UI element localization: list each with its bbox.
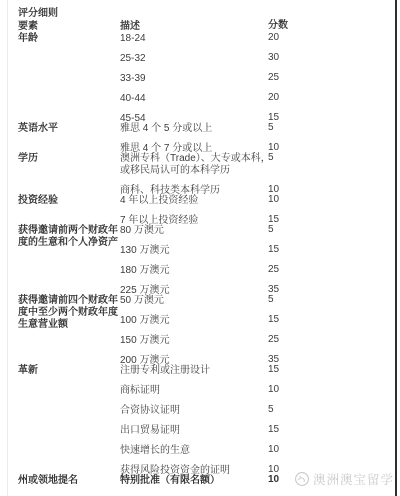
table-row: 快速增长的生意 10 (18, 445, 378, 457)
desc-cell: 18-24 (120, 33, 272, 45)
desc-cell: 100 万澳元 (120, 315, 272, 327)
score-cell: 15 (268, 424, 298, 436)
desc-cell: 注册专利或注册设计 (120, 365, 272, 377)
desc-cell: 特别批准（有限名额） (120, 475, 272, 487)
score-cell: 5 (268, 404, 298, 416)
desc-cell: 出口贸易证明 (120, 425, 272, 437)
table-body: 年龄 18-24 20 25-32 30 33-39 25 40-44 20 4… (18, 33, 378, 487)
table-row: 英语水平 雅思 4 个 5 分或以上 5 (18, 123, 378, 135)
desc-cell: 澳洲专科（Trade）、大专或本科，或移民局认可的本科学历 (120, 153, 272, 177)
factor-cell: 投资经验 (18, 195, 118, 207)
header-score-cell: 分数 (268, 19, 298, 32)
factor-cell: 学历 (18, 153, 118, 165)
table-row: 130 万澳元 15 (18, 245, 378, 257)
document: 评分细则 要素 描述 分数 年龄 18-24 20 25-32 30 33-39… (0, 0, 378, 487)
desc-cell: 合资协议证明 (120, 405, 272, 417)
score-cell: 5 (268, 224, 298, 236)
header-factor-cell: 要素 (18, 20, 118, 33)
table-row: 合资协议证明 5 (18, 405, 378, 417)
page-title: 评分细则 (18, 7, 378, 20)
table-row: 25-32 30 (18, 53, 378, 65)
table-row: 33-39 25 (18, 73, 378, 85)
table-header: 要素 描述 分数 (18, 20, 378, 33)
desc-cell: 33-39 (120, 73, 272, 85)
table-row: 150 万澳元 25 (18, 335, 378, 347)
desc-cell: 快速增长的生意 (120, 445, 272, 457)
table-row: 出口贸易证明 15 (18, 425, 378, 437)
factor-cell: 革新 (18, 365, 118, 377)
table-row: 180 万澳元 25 (18, 265, 378, 277)
desc-cell: 80 万澳元 (120, 225, 272, 237)
score-cell: 5 (268, 122, 298, 134)
score-cell: 15 (268, 364, 298, 376)
watermark: 澳洲澳宝留学 (294, 470, 394, 488)
right-edge-line (395, 0, 397, 496)
score-cell: 10 (268, 444, 298, 456)
score-cell: 10 (268, 194, 298, 206)
table-row: 商标证明 10 (18, 385, 378, 397)
desc-cell: 180 万澳元 (120, 265, 272, 277)
desc-cell: 150 万澳元 (120, 335, 272, 347)
table-row: 学历 澳洲专科（Trade）、大专或本科，或移民局认可的本科学历 5 (18, 153, 378, 177)
score-cell: 15 (268, 244, 298, 256)
table-row: 革新 注册专利或注册设计 15 (18, 365, 378, 377)
score-cell: 25 (268, 72, 298, 84)
desc-cell: 25-32 (120, 53, 272, 65)
factor-cell: 年龄 (18, 33, 118, 45)
score-cell: 20 (268, 32, 298, 44)
header-desc-cell: 描述 (120, 20, 272, 33)
watermark-text: 澳洲澳宝留学 (313, 470, 394, 488)
score-cell: 25 (268, 264, 298, 276)
score-cell: 20 (268, 92, 298, 104)
table-row: 获得邀请前四个财政年度中至少两个财政年度生意营业额 50 万澳元 5 (18, 295, 378, 307)
score-cell: 30 (268, 52, 298, 64)
score-cell: 25 (268, 334, 298, 346)
table-row: 获得邀请前两个财政年度的生意和个人净资产 80 万澳元 5 (18, 225, 378, 237)
desc-cell: 4 年以上投资经验 (120, 195, 272, 207)
table-row: 年龄 18-24 20 (18, 33, 378, 45)
desc-cell: 50 万澳元 (120, 295, 272, 307)
brand-logo-icon (294, 471, 310, 487)
score-cell: 5 (268, 152, 298, 164)
score-cell: 10 (268, 384, 298, 396)
page: { "page": { "title": "评分细则" }, "table": … (0, 0, 400, 496)
table-row: 40-44 20 (18, 93, 378, 105)
table-row: 100 万澳元 15 (18, 315, 378, 327)
desc-cell: 商标证明 (120, 385, 272, 397)
factor-cell: 英语水平 (18, 123, 118, 135)
table-row: 投资经验 4 年以上投资经验 10 (18, 195, 378, 207)
desc-cell: 雅思 4 个 5 分或以上 (120, 123, 272, 135)
factor-cell: 州或领地提名 (18, 475, 118, 487)
desc-cell: 130 万澳元 (120, 245, 272, 257)
score-cell: 5 (268, 294, 298, 306)
desc-cell: 40-44 (120, 93, 272, 105)
score-cell: 15 (268, 314, 298, 326)
